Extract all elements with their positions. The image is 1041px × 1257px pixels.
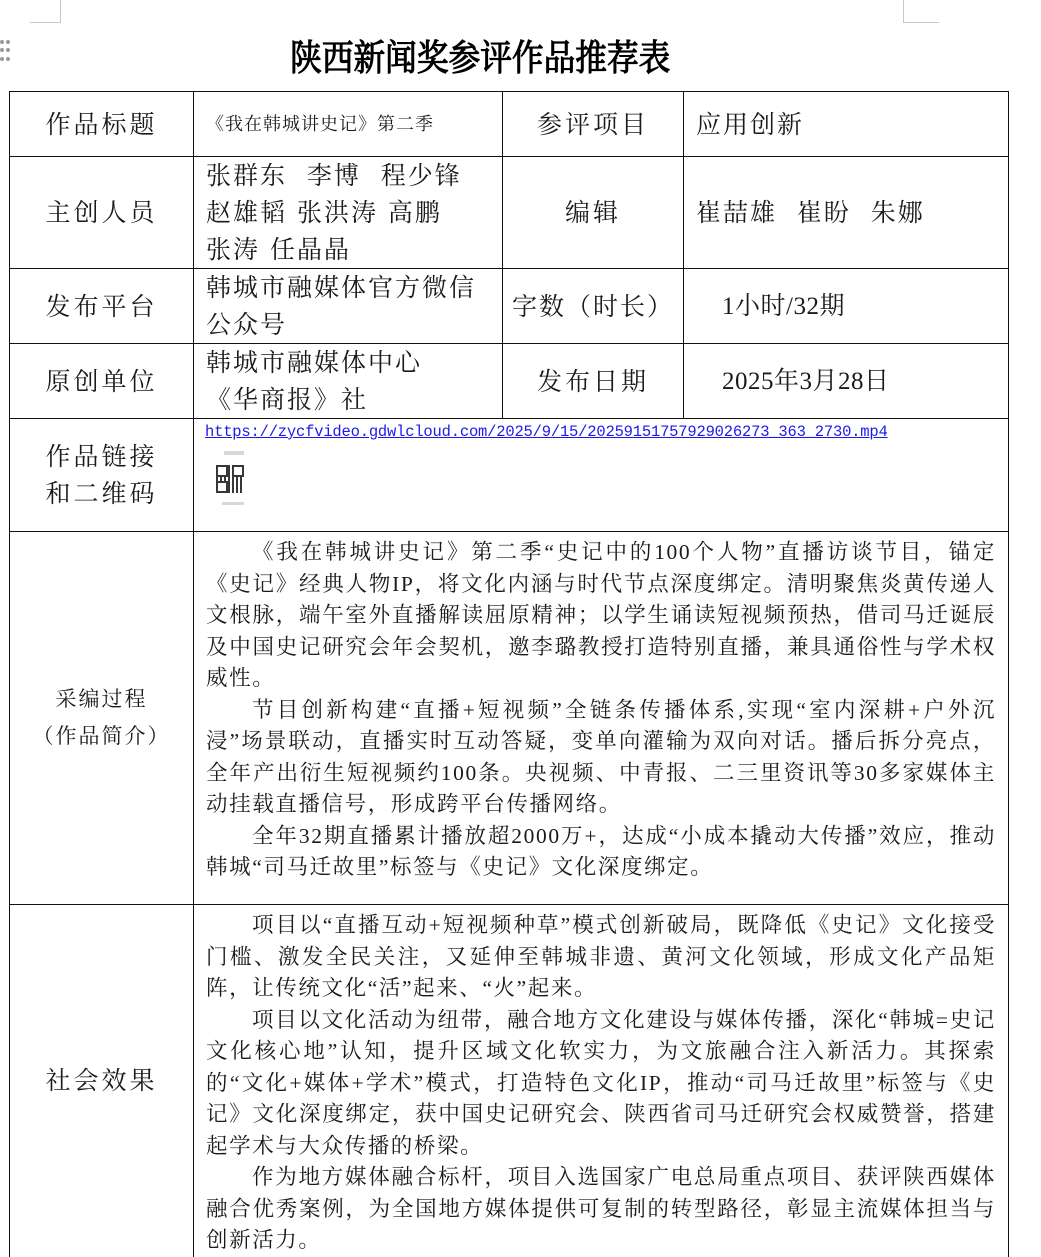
label-publish-platform: 发布平台: [10, 269, 194, 344]
value-word-count-duration[interactable]: 1小时/32期: [684, 269, 1009, 344]
label-word-count-duration: 字数（时长）: [503, 269, 684, 344]
origin-line-2: 《华商报》社: [206, 381, 502, 418]
document-title: 陕西新闻奖参评作品推荐表: [58, 30, 903, 81]
recommendation-form-table: 作品标题 《我在韩城讲史记》第二季 参评项目 应用创新 主创人员 张群东 李博 …: [9, 91, 1009, 1257]
video-link[interactable]: https://zycfvideo.gdwlcloud.com/2025/9/1…: [205, 421, 1008, 443]
table-row-platform: 发布平台 韩城市融媒体官方微信 公众号 字数（时长） 1小时/32期: [10, 269, 1009, 344]
creators-line-2: 赵雄韬 张洪涛 高鹏: [206, 194, 502, 231]
value-entry-category[interactable]: 应用创新: [684, 92, 1009, 157]
label-editing-process: 采编过程 （作品简介）: [10, 532, 194, 905]
label-work-title: 作品标题: [10, 92, 194, 157]
table-row-creators: 主创人员 张群东 李博 程少锋 赵雄韬 张洪涛 高鹏 张涛 任晶晶 编辑 崔喆雄…: [10, 157, 1009, 269]
table-move-handle-icon[interactable]: [0, 40, 10, 62]
value-work-title[interactable]: 《我在韩城讲史记》第二季: [194, 92, 503, 157]
platform-line-1: 韩城市融媒体官方微信: [206, 269, 502, 306]
process-label-line-2: （作品简介）: [10, 718, 193, 755]
qr-code-icon: [216, 465, 244, 493]
value-publish-date[interactable]: 2025年3月28日: [684, 344, 1009, 419]
process-paragraph-3: 全年32期直播累计播放超2000万+，达成“小成本撬动大传播”效应，推动韩城“司…: [206, 821, 996, 884]
table-row-link: 作品链接 和二维码 https://zycfvideo.gdwlcloud.co…: [10, 419, 1009, 532]
label-link-qrcode: 作品链接 和二维码: [10, 419, 194, 532]
qr-caption-top: [224, 451, 244, 455]
link-label-line-1: 作品链接: [10, 438, 193, 475]
origin-line-1: 韩城市融媒体中心: [206, 344, 502, 381]
table-row-origin: 原创单位 韩城市融媒体中心 《华商报》社 发布日期 2025年3月28日: [10, 344, 1009, 419]
process-label-line-1: 采编过程: [10, 681, 193, 718]
process-paragraph-2: 节目创新构建“直播+短视频”全链条传播体系,实现“室内深耕+户外沉浸”场景联动，…: [206, 695, 996, 821]
process-paragraph-1: 《我在韩城讲史记》第二季“史记中的100个人物”直播访谈节目，锚定《史记》经典人…: [206, 537, 996, 695]
effect-paragraph-3: 作为地方媒体融合标杆，项目入选国家广电总局重点项目、获评陕西媒体融合优秀案例，为…: [206, 1162, 996, 1257]
creators-line-3: 张涛 任晶晶: [206, 231, 502, 268]
value-editors[interactable]: 崔喆雄 崔盼 朱娜: [684, 157, 1009, 269]
label-original-unit: 原创单位: [10, 344, 194, 419]
creators-line-1: 张群东 李博 程少锋: [206, 157, 502, 194]
value-original-unit[interactable]: 韩城市融媒体中心 《华商报》社: [194, 344, 503, 419]
label-publish-date: 发布日期: [503, 344, 684, 419]
link-label-line-2: 和二维码: [10, 475, 193, 512]
label-editor: 编辑: [503, 157, 684, 269]
page-margin-corner-top-right: [903, 0, 939, 23]
value-main-creators[interactable]: 张群东 李博 程少锋 赵雄韬 张洪涛 高鹏 张涛 任晶晶: [194, 157, 503, 269]
effect-paragraph-1: 项目以“直播互动+短视频种草”模式创新破局，既降低《史记》文化接受门槛、激发全民…: [206, 910, 996, 1005]
table-row-social-effect: 社会效果 项目以“直播互动+短视频种草”模式创新破局，既降低《史记》文化接受门槛…: [10, 905, 1009, 1257]
platform-line-2: 公众号: [206, 306, 502, 343]
page-margin-corner-top-left: [30, 0, 61, 23]
value-publish-platform[interactable]: 韩城市融媒体官方微信 公众号: [194, 269, 503, 344]
table-row-title: 作品标题 《我在韩城讲史记》第二季 参评项目 应用创新: [10, 92, 1009, 157]
label-main-creators: 主创人员: [10, 157, 194, 269]
effect-paragraph-2: 项目以文化活动为纽带，融合地方文化建设与媒体传播，深化“韩城=史记文化核心地”认…: [206, 1005, 996, 1163]
value-editing-process[interactable]: 《我在韩城讲史记》第二季“史记中的100个人物”直播访谈节目，锚定《史记》经典人…: [194, 532, 1009, 905]
table-row-process: 采编过程 （作品简介） 《我在韩城讲史记》第二季“史记中的100个人物”直播访谈…: [10, 532, 1009, 905]
label-social-effect: 社会效果: [10, 905, 194, 1257]
value-link-qrcode: https://zycfvideo.gdwlcloud.com/2025/9/1…: [194, 419, 1009, 532]
qr-code-image[interactable]: [216, 451, 256, 505]
qr-caption-bottom: [222, 502, 244, 505]
label-entry-category: 参评项目: [503, 92, 684, 157]
value-social-effect[interactable]: 项目以“直播互动+短视频种草”模式创新破局，既降低《史记》文化接受门槛、激发全民…: [194, 905, 1009, 1257]
